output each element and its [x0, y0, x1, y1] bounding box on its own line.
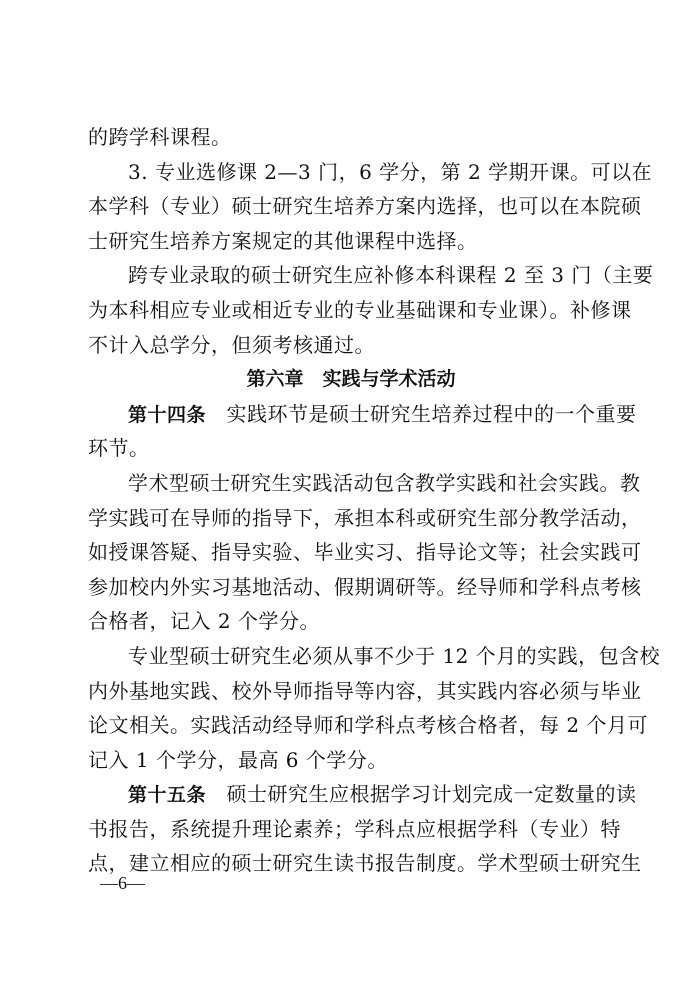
- text-line: 论文相关。实践活动经导师和学科点考核合格者，每 2 个月可: [88, 708, 614, 743]
- text-line: 内外基地实践、校外导师指导等内容，其实践内容必须与毕业: [88, 674, 614, 709]
- text-line: 本学科（专业）硕士研究生培养方案内选择，也可以在本院硕: [88, 189, 614, 224]
- text-line: 3. 专业选修课 2—3 门，6 学分，第 2 学期开课。可以在: [88, 155, 614, 190]
- document-page: 的跨学科课程。 3. 专业选修课 2—3 门，6 学分，第 2 学期开课。可以在…: [88, 120, 614, 881]
- text-line: 记入 1 个学分，最高 6 个学分。: [88, 743, 614, 778]
- text-line: 硕士研究生应根据学习计划完成一定数量的读: [227, 782, 637, 806]
- chapter-heading: 第六章 实践与学术活动: [88, 362, 614, 397]
- article-14-line: 第十四条 实践环节是硕士研究生培养过程中的一个重要: [88, 397, 614, 432]
- article-label: 第十四条: [128, 404, 206, 426]
- page-number: —6—: [100, 873, 145, 894]
- text-line: 如授课答疑、指导实验、毕业实习、指导论文等；社会实践可: [88, 535, 614, 570]
- text-line: 环节。: [88, 431, 614, 466]
- text-line: 学实践可在导师的指导下，承担本科或研究生部分教学活动，: [88, 501, 614, 536]
- article-15-line: 第十五条 硕士研究生应根据学习计划完成一定数量的读: [88, 777, 614, 812]
- text-line: 士研究生培养方案规定的其他课程中选择。: [88, 224, 614, 259]
- text-line: 学术型硕士研究生实践活动包含教学实践和社会实践。教: [88, 466, 614, 501]
- text-line: 专业型硕士研究生必须从事不少于 12 个月的实践，包含校: [88, 639, 614, 674]
- text-line: 点，建立相应的硕士研究生读书报告制度。学术型硕士研究生: [88, 846, 614, 881]
- text-line: 实践环节是硕士研究生培养过程中的一个重要: [227, 402, 637, 426]
- text-line: 的跨学科课程。: [88, 120, 614, 155]
- article-label: 第十五条: [128, 784, 206, 806]
- text-line: 书报告，系统提升理论素养；学科点应根据学科（专业）特: [88, 812, 614, 847]
- text-line: 跨专业录取的硕士研究生应补修本科课程 2 至 3 门（主要: [88, 258, 614, 293]
- text-line: 合格者，记入 2 个学分。: [88, 604, 614, 639]
- text-line: 参加校内外实习基地活动、假期调研等。经导师和学科点考核: [88, 570, 614, 605]
- text-line: 为本科相应专业或相近专业的专业基础课和专业课）。补修课: [88, 293, 614, 328]
- text-line: 不计入总学分，但须考核通过。: [88, 328, 614, 363]
